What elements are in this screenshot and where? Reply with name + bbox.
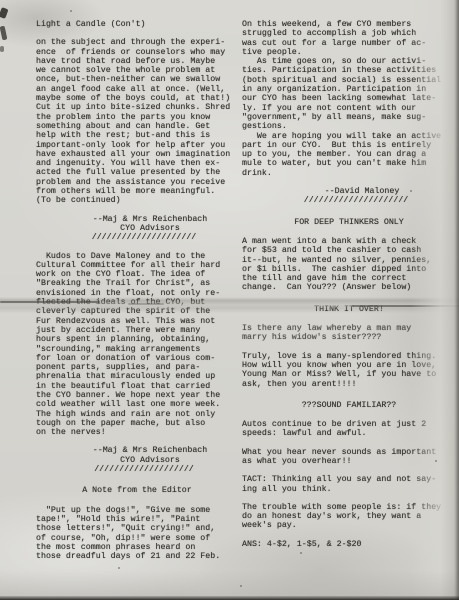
separator-slashes-3: ///////////////////// (242, 196, 456, 205)
trouble-quip-paragraph: The trouble with some people is: if they… (242, 503, 456, 531)
autos-quip-paragraph: Autos continue to be driven at just 2 sp… (242, 420, 456, 439)
scanned-newsletter-page: Light a Candle (Con't) on the subject an… (0, 0, 459, 600)
left-column: Light a Candle (Con't) on the subject an… (36, 20, 238, 570)
light-a-candle-paragraph: on the subject and through the experi- e… (36, 38, 238, 205)
binding-mark-bottom (0, 46, 4, 52)
love-paragraph: Truly, love is a many-splendored thing. … (242, 352, 456, 389)
bottom-edge-shadow (0, 570, 459, 596)
article-title-light-a-candle: Light a Candle (Con't) (36, 20, 238, 29)
widow-riddle-paragraph: Is there any law whereby a man may marry… (242, 324, 456, 343)
right-column: On this weekend, a few CYO members strug… (242, 20, 456, 558)
paper-speck (70, 10, 72, 12)
binding-mark-middle (0, 26, 7, 41)
think-it-over-heading: THINK IT OVER! (242, 305, 456, 314)
separator-slashes-1: ///////////////////// (36, 233, 238, 242)
weekend-participation-paragraph: On this weekend, a few CYO members strug… (242, 20, 456, 178)
editor-note-heading: A Note from the Editor (36, 486, 238, 495)
paper-speck (240, 585, 242, 587)
binding-mark-top (0, 7, 8, 19)
kudos-paragraph: Kudos to Dave Maloney and to the Cultura… (36, 252, 238, 438)
signature-reichenbach-2: --Maj & Mrs Reichenbach CYO Advisors (36, 446, 238, 465)
tact-quip-paragraph: TACT: Thinking all you say and not say- … (242, 475, 456, 494)
bank-riddle-paragraph: A man went into a bank with a check for … (242, 237, 456, 293)
signature-reichenbach-1: --Maj & Mrs Reichenbach CYO Advisors (36, 215, 238, 234)
overhear-quip-paragraph: What you hear never sounds as important … (242, 448, 456, 467)
deep-thinkers-heading: FOR DEEP THINKERS ONLY (242, 218, 456, 227)
sound-familiar-heading: ???SOUND FAMILIAR?? (242, 401, 456, 410)
page-bottom-edge (0, 596, 459, 600)
riddle-answer-line: ANS: 4-$2, 1-$5, & 2-$20 (242, 540, 456, 549)
signature-david-maloney: --David Maloney (242, 187, 456, 196)
separator-slashes-2: //////////////////// (36, 465, 238, 474)
editor-note-paragraph: "Put up the dogs!", "Give me some tape!"… (36, 506, 238, 562)
